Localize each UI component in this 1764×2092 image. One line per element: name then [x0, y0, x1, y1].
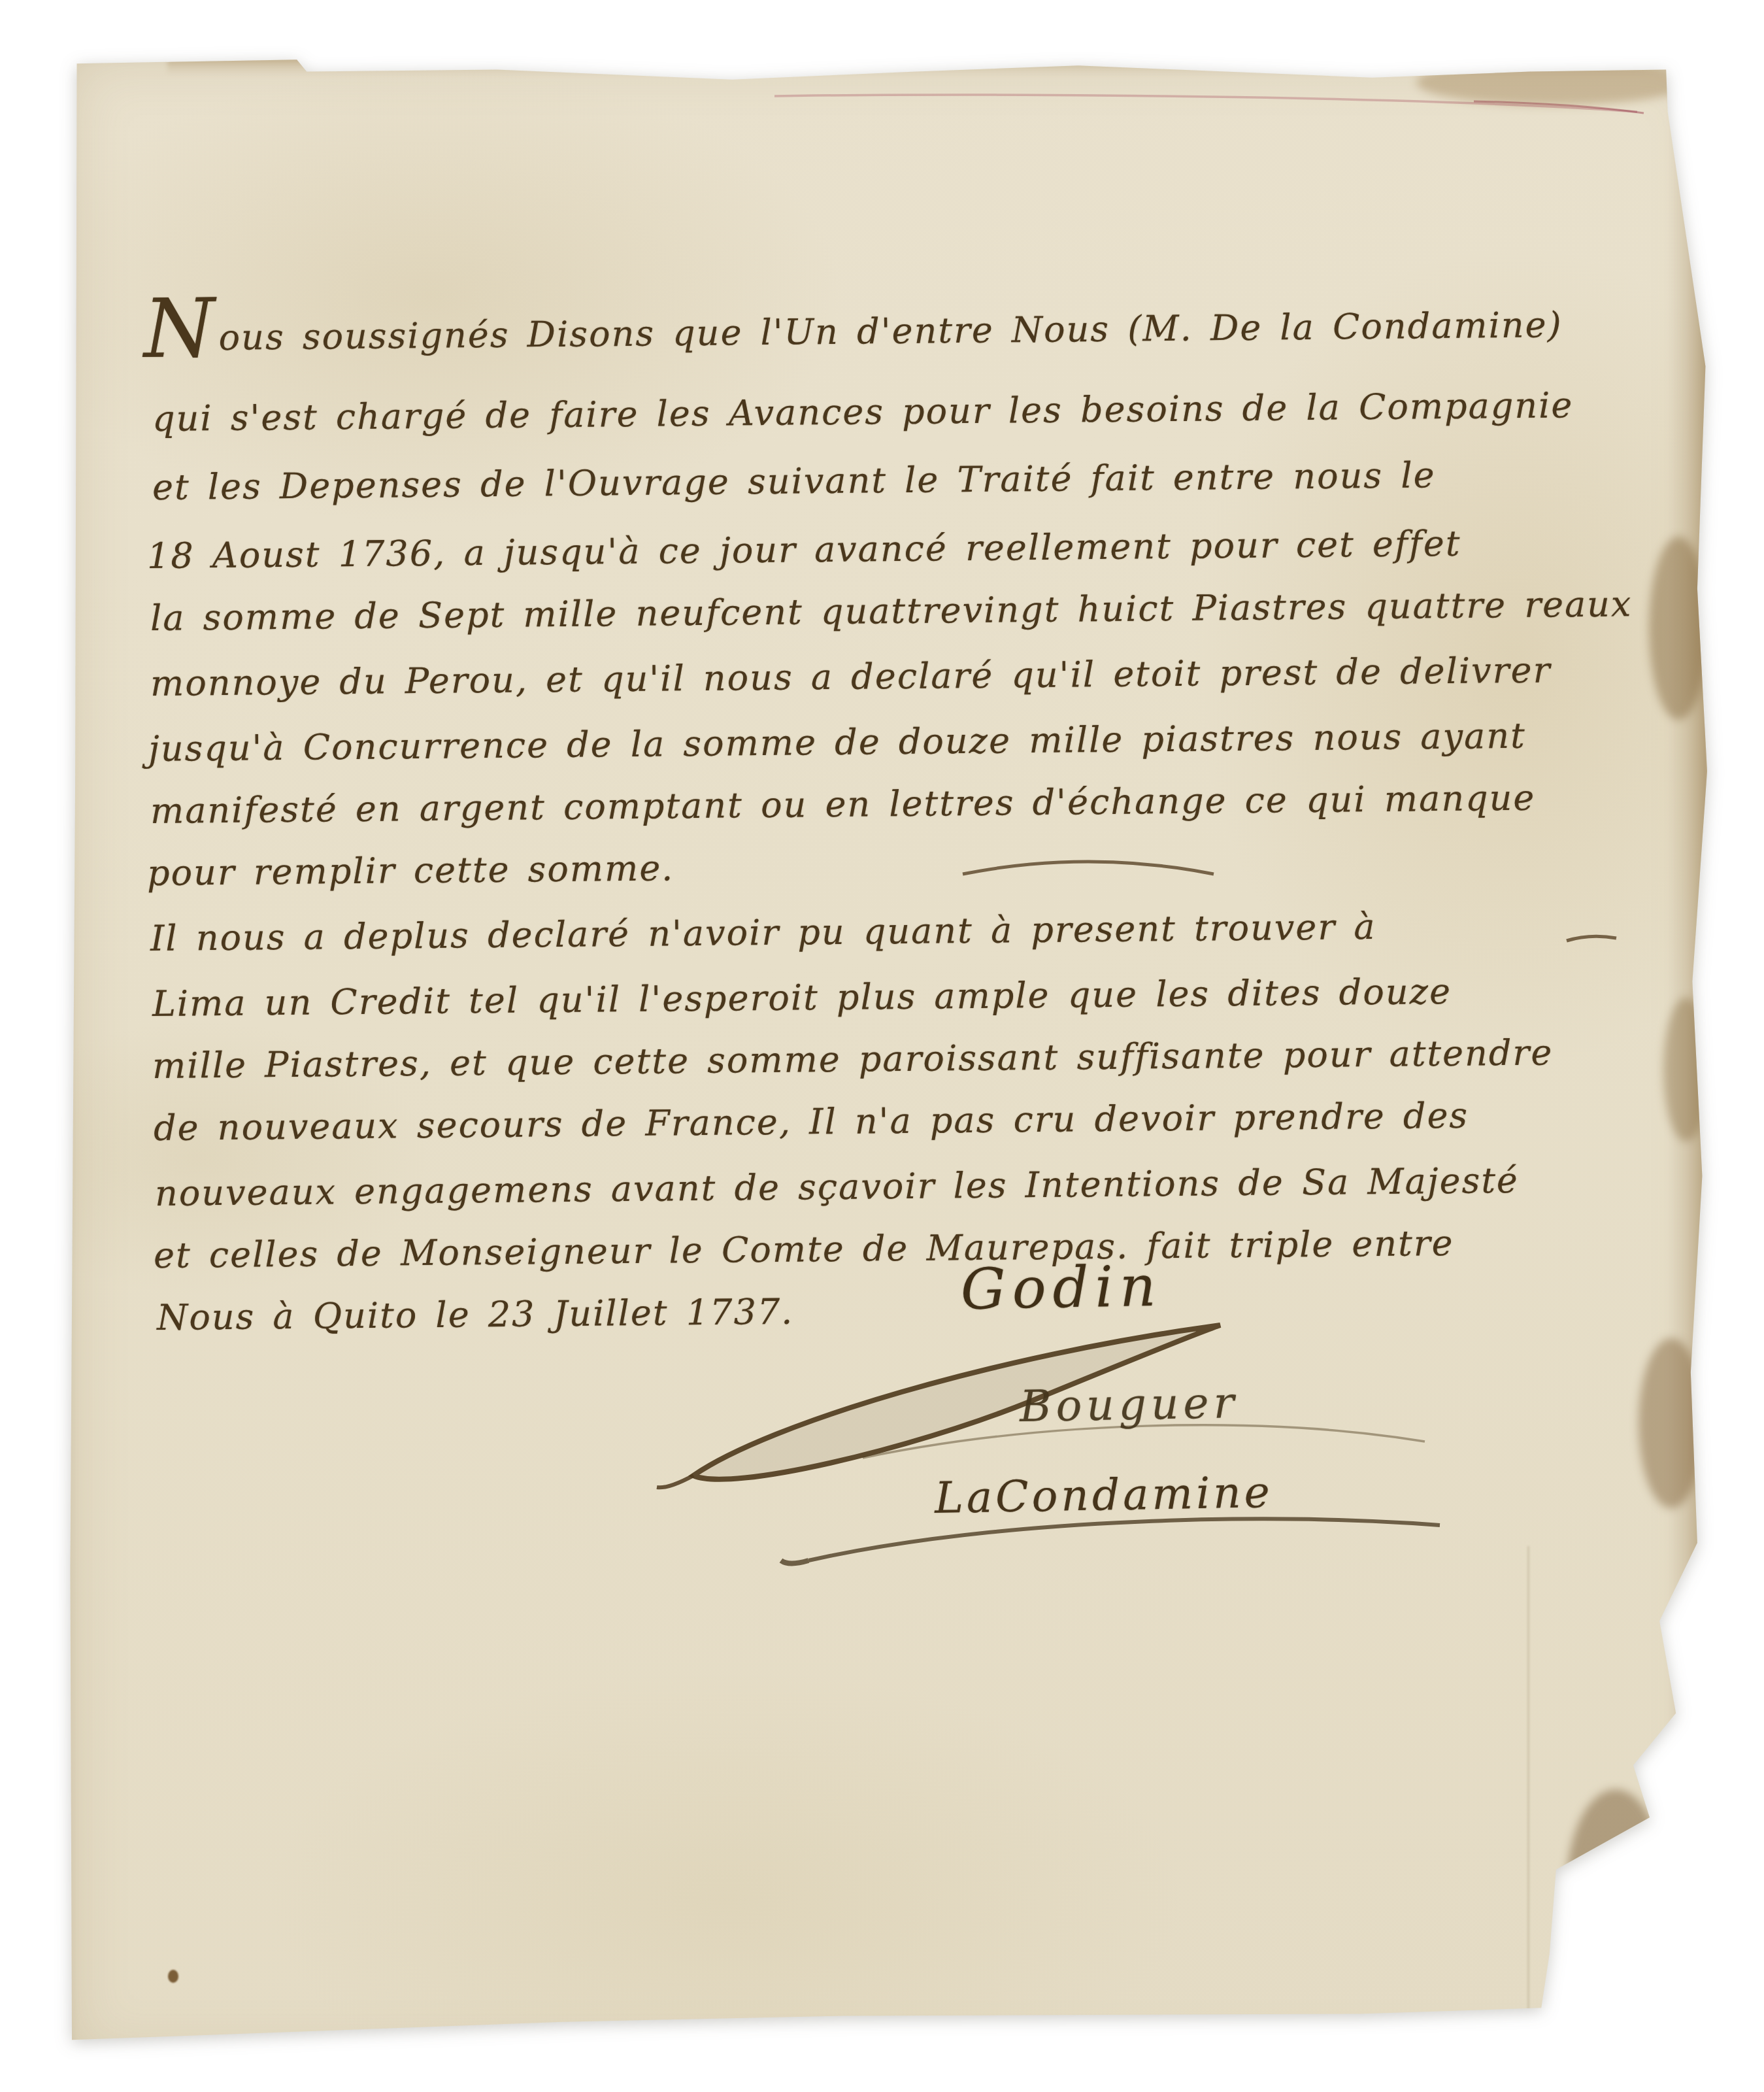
letter-line: manifesté en argent comptant ou en lettr…: [150, 778, 1536, 832]
godin-paraph-tail: [657, 1476, 693, 1487]
ink-fleck: [168, 1970, 178, 1983]
letter-line: Lima un Credit tel qu'il l'esperoit plus…: [152, 971, 1452, 1024]
signature-lacondamine: LaCondamine: [934, 1467, 1273, 1523]
letter-line: et les Depenses de l'Ouvrage suivant le …: [152, 455, 1436, 508]
letter-line: de nouveaux secours de France, Il n'a pa…: [154, 1096, 1469, 1149]
bottom-right-stain: [1567, 1789, 1665, 1985]
letter-line: Il nous a deplus declaré n'avoir pu quan…: [150, 907, 1376, 959]
top-edge-stain: [167, 56, 1678, 75]
paper-sheet: Nous soussignés Disons que l'Un d'entre …: [69, 56, 1710, 2060]
signature-bouguer: Bouguer: [1019, 1377, 1239, 1432]
letter-line: qui s'est chargé de faire les Avances po…: [152, 385, 1574, 439]
letter-line: et celles de Monseigneur le Comte de Mau…: [154, 1223, 1454, 1276]
letter-line: pour remplir cette somme.: [147, 848, 674, 894]
condamine-flourish: [808, 1519, 1440, 1561]
letter-line: jusqu'à Concurrence de la somme de douze…: [148, 716, 1526, 769]
paper-crease: [1527, 1546, 1529, 2010]
letter-line: Nous soussignés Disons que l'Un d'entre …: [144, 305, 1563, 359]
letter-line: la somme de Sept mille neufcent quattrev…: [150, 584, 1633, 639]
letter-line: mille Piastres, et que cette somme paroi…: [152, 1032, 1554, 1087]
right-edge-stain-2: [1663, 998, 1709, 1141]
condamine-flourish-tip: [781, 1561, 808, 1564]
letter-line: monnoye du Perou, et qu'il nous a declar…: [150, 650, 1552, 704]
right-edge-stain-3: [1639, 1338, 1704, 1508]
somme-dash: [963, 862, 1214, 874]
letter-paper: Nous soussignés Disons que l'Un d'entre …: [69, 56, 1710, 2060]
letter-line: Nous à Quito le 23 Juillet 1737.: [157, 1292, 794, 1338]
scan-background: Nous soussignés Disons que l'Un d'entre …: [0, 0, 1764, 2092]
bouguer-under-curve: [863, 1425, 1425, 1458]
signature-godin: Godin: [960, 1254, 1163, 1323]
trouver-dash: [1567, 936, 1616, 941]
top-right-stain: [1416, 59, 1691, 105]
letter-line: nouveaux engagemens avant de sçavoir les…: [155, 1160, 1519, 1214]
right-edge-stain-1: [1649, 537, 1708, 720]
letter-line: 18 Aoust 1736, a jusqu'à ce jour avancé …: [147, 524, 1461, 577]
